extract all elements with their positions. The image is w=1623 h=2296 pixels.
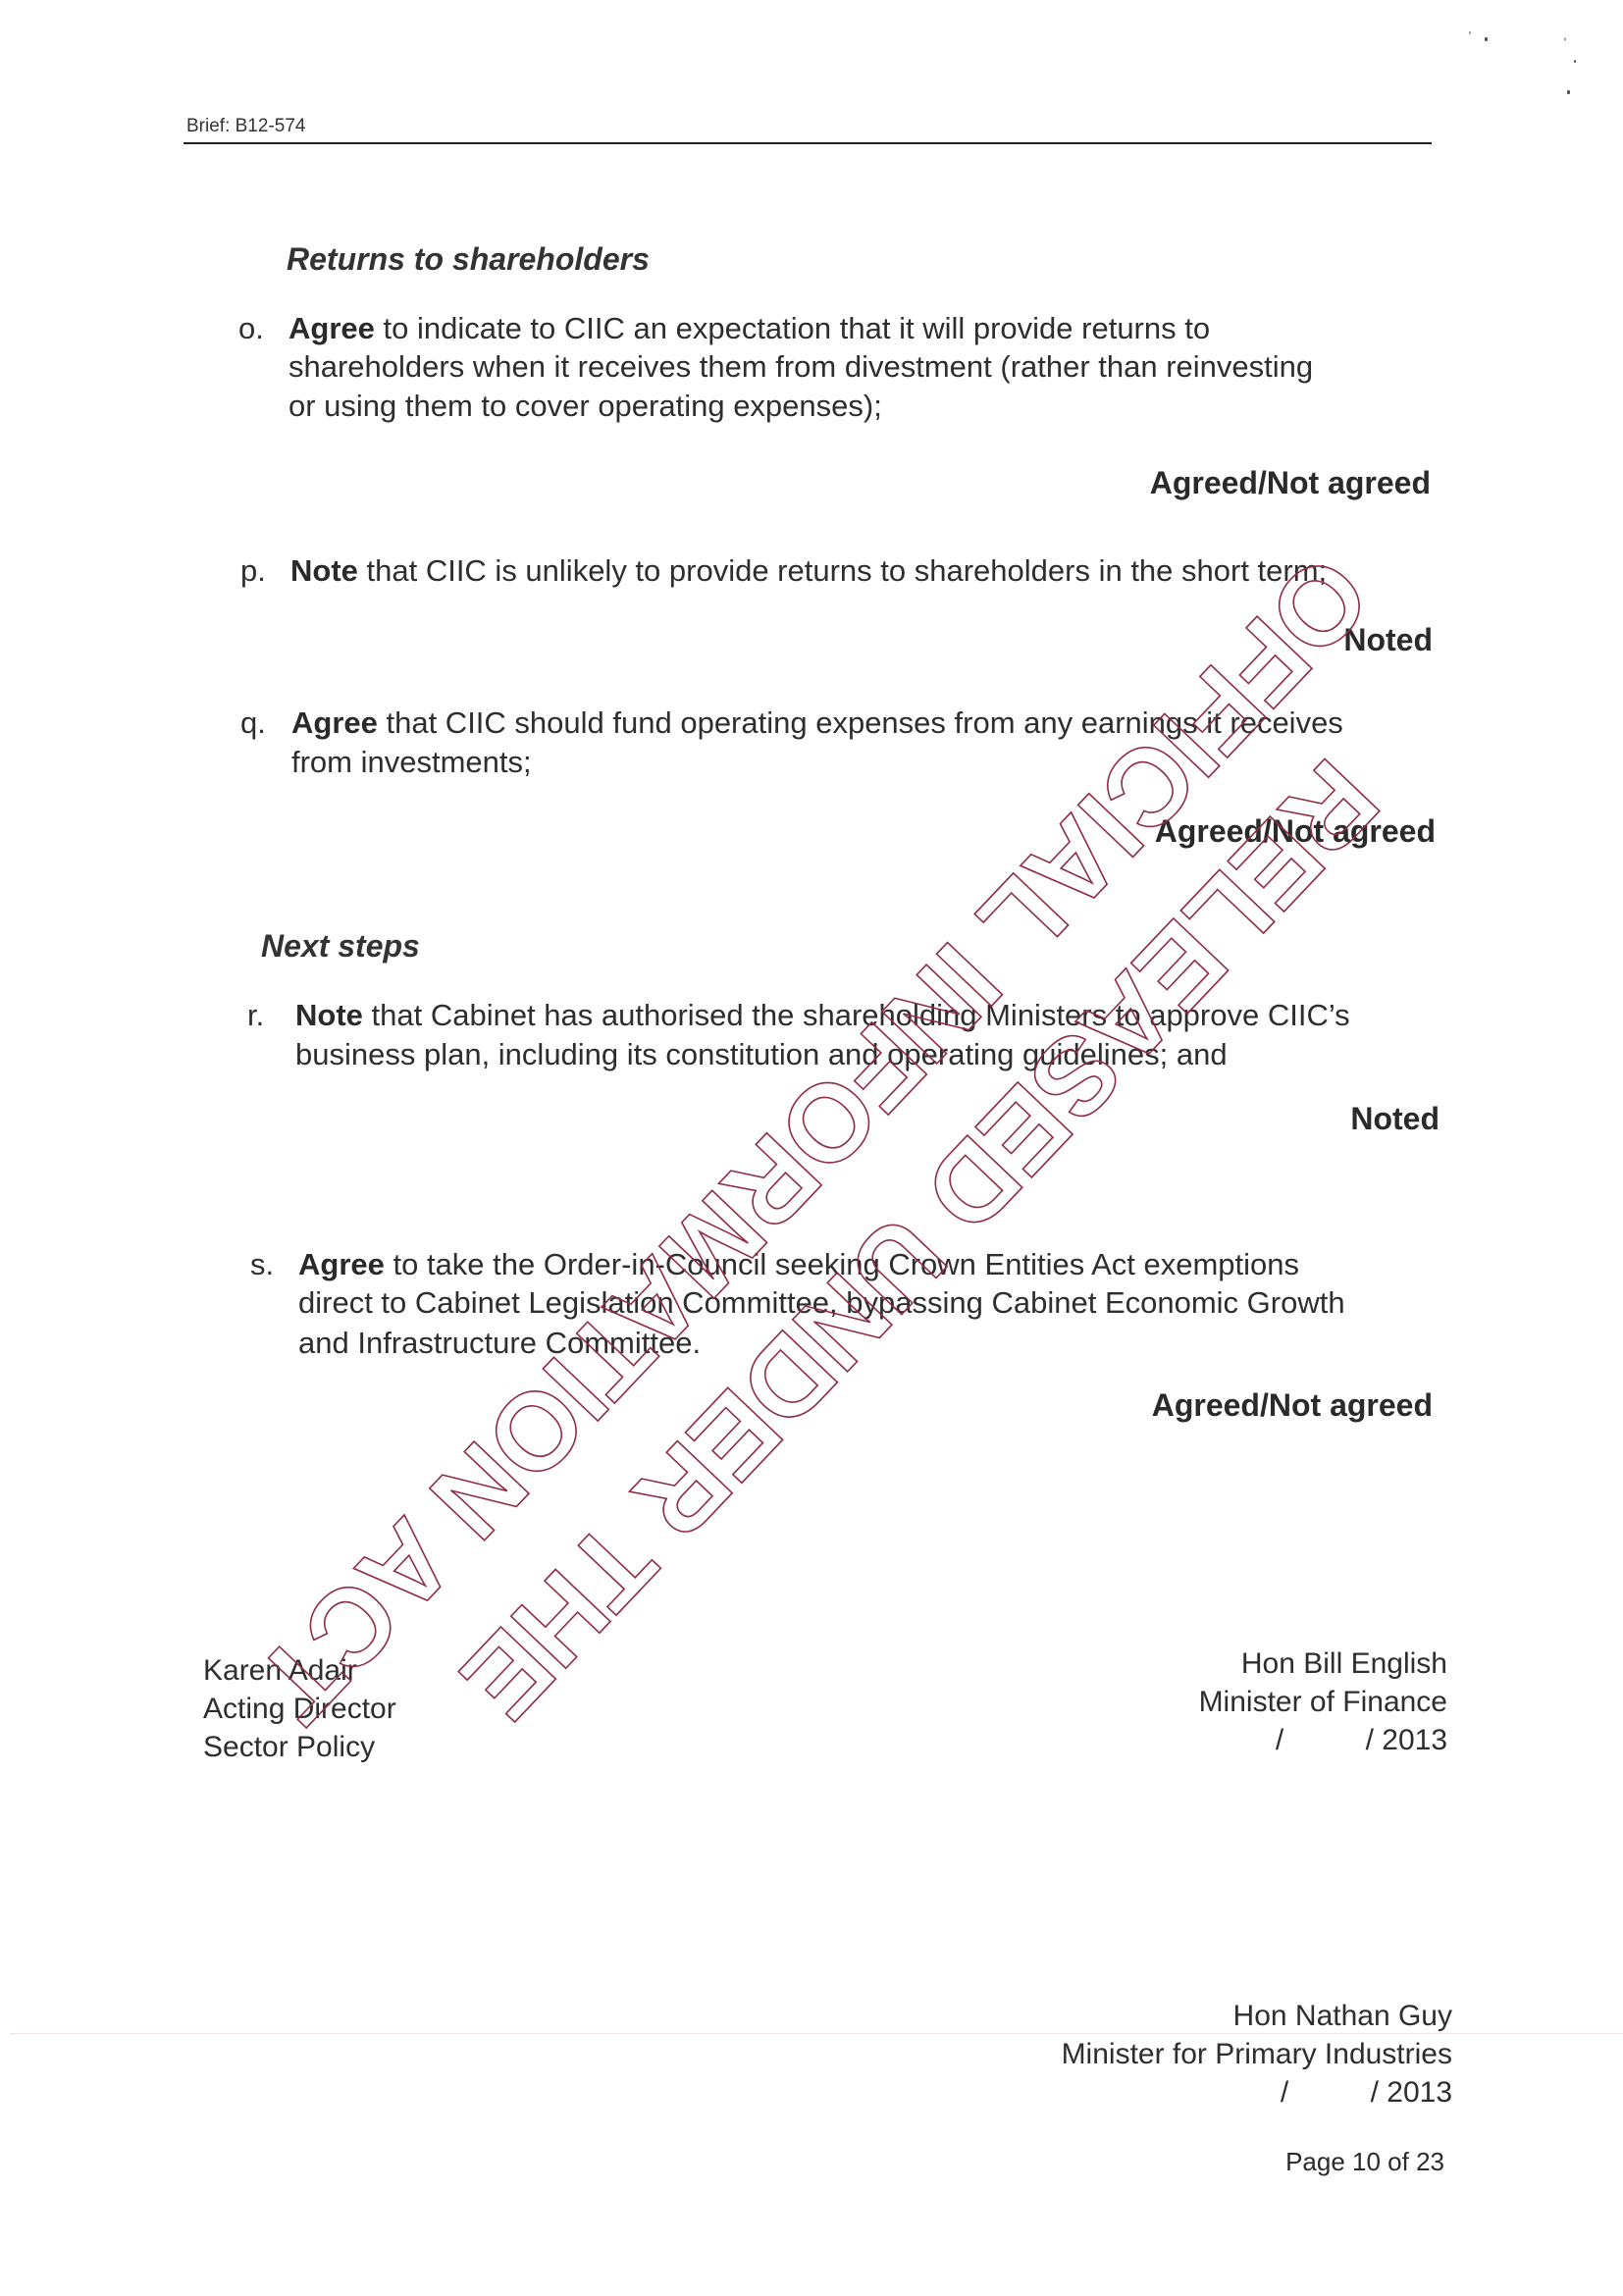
- watermark-line-1: RELEASED UNDER THE: [439, 737, 1402, 1743]
- recommendation-label: q.: [240, 704, 266, 743]
- decision-s[interactable]: Agreed/Not agreed: [1152, 1387, 1433, 1424]
- recommendation-text-line: that CIIC should fund operating expenses…: [378, 705, 1343, 740]
- recommendation-label: s.: [250, 1245, 274, 1284]
- signature-date-field[interactable]: / / 2013: [1199, 1721, 1447, 1759]
- recommendation-text-line: business plan, including its constitutio…: [295, 1035, 1228, 1074]
- section-heading-next-steps: Next steps: [261, 928, 420, 965]
- recommendation-label: o.: [238, 309, 264, 348]
- header-rule: [183, 142, 1432, 144]
- recommendation-label: p.: [240, 551, 266, 591]
- decision-r[interactable]: Noted: [1350, 1101, 1440, 1137]
- signatory-name: Hon Nathan Guy: [1062, 1997, 1452, 2035]
- recommendation-label: r.: [247, 996, 264, 1035]
- recommendation-text-line: shareholders when it receives them from …: [288, 347, 1313, 387]
- recommendation-text-line: from investments;: [291, 743, 532, 782]
- signature-block-minister-finance: Hon Bill English Minister of Finance / /…: [1199, 1644, 1447, 1759]
- signature-block-minister-primary-industries: Hon Nathan Guy Minister for Primary Indu…: [1062, 1997, 1452, 2112]
- decision-p[interactable]: Noted: [1343, 622, 1433, 658]
- recommendation-verb: Agree: [298, 1247, 385, 1281]
- signature-block-official: Karen Adair Acting Director Sector Polic…: [203, 1651, 396, 1766]
- recommendation-text-line: direct to Cabinet Legislation Committee,…: [298, 1283, 1345, 1323]
- recommendation-text-line: that Cabinet has authorised the sharehol…: [363, 998, 1350, 1032]
- signatory-name: Karen Adair: [203, 1651, 396, 1690]
- signatory-name: Hon Bill English: [1199, 1644, 1447, 1683]
- recommendation-verb: Agree: [288, 311, 375, 345]
- decision-o[interactable]: Agreed/Not agreed: [1150, 465, 1431, 501]
- recommendation-verb: Note: [290, 553, 358, 588]
- signatory-unit: Sector Policy: [203, 1728, 396, 1766]
- page-number: Page 10 of 23: [1285, 2147, 1444, 2177]
- recommendation-text-line: to take the Order-in-Council seeking Cro…: [385, 1247, 1299, 1281]
- recommendation-text-line: that CIIC is unlikely to provide returns…: [358, 553, 1327, 588]
- section-heading-returns: Returns to shareholders: [287, 241, 650, 278]
- signature-date-field[interactable]: / / 2013: [1062, 2073, 1452, 2112]
- recommendation-text-line: to indicate to CIIC an expectation that …: [375, 311, 1210, 345]
- signatory-title: Minister of Finance: [1199, 1683, 1447, 1721]
- decision-q[interactable]: Agreed/Not agreed: [1155, 813, 1436, 850]
- signatory-title: Acting Director: [203, 1690, 396, 1728]
- recommendation-verb: Note: [295, 998, 363, 1032]
- recommendation-text-line: or using them to cover operating expense…: [288, 387, 882, 426]
- brief-reference: Brief: B12-574: [186, 116, 305, 137]
- recommendation-verb: Agree: [291, 705, 378, 740]
- recommendation-text-line: and Infrastructure Committee.: [298, 1324, 701, 1363]
- signatory-title: Minister for Primary Industries: [1062, 2035, 1452, 2073]
